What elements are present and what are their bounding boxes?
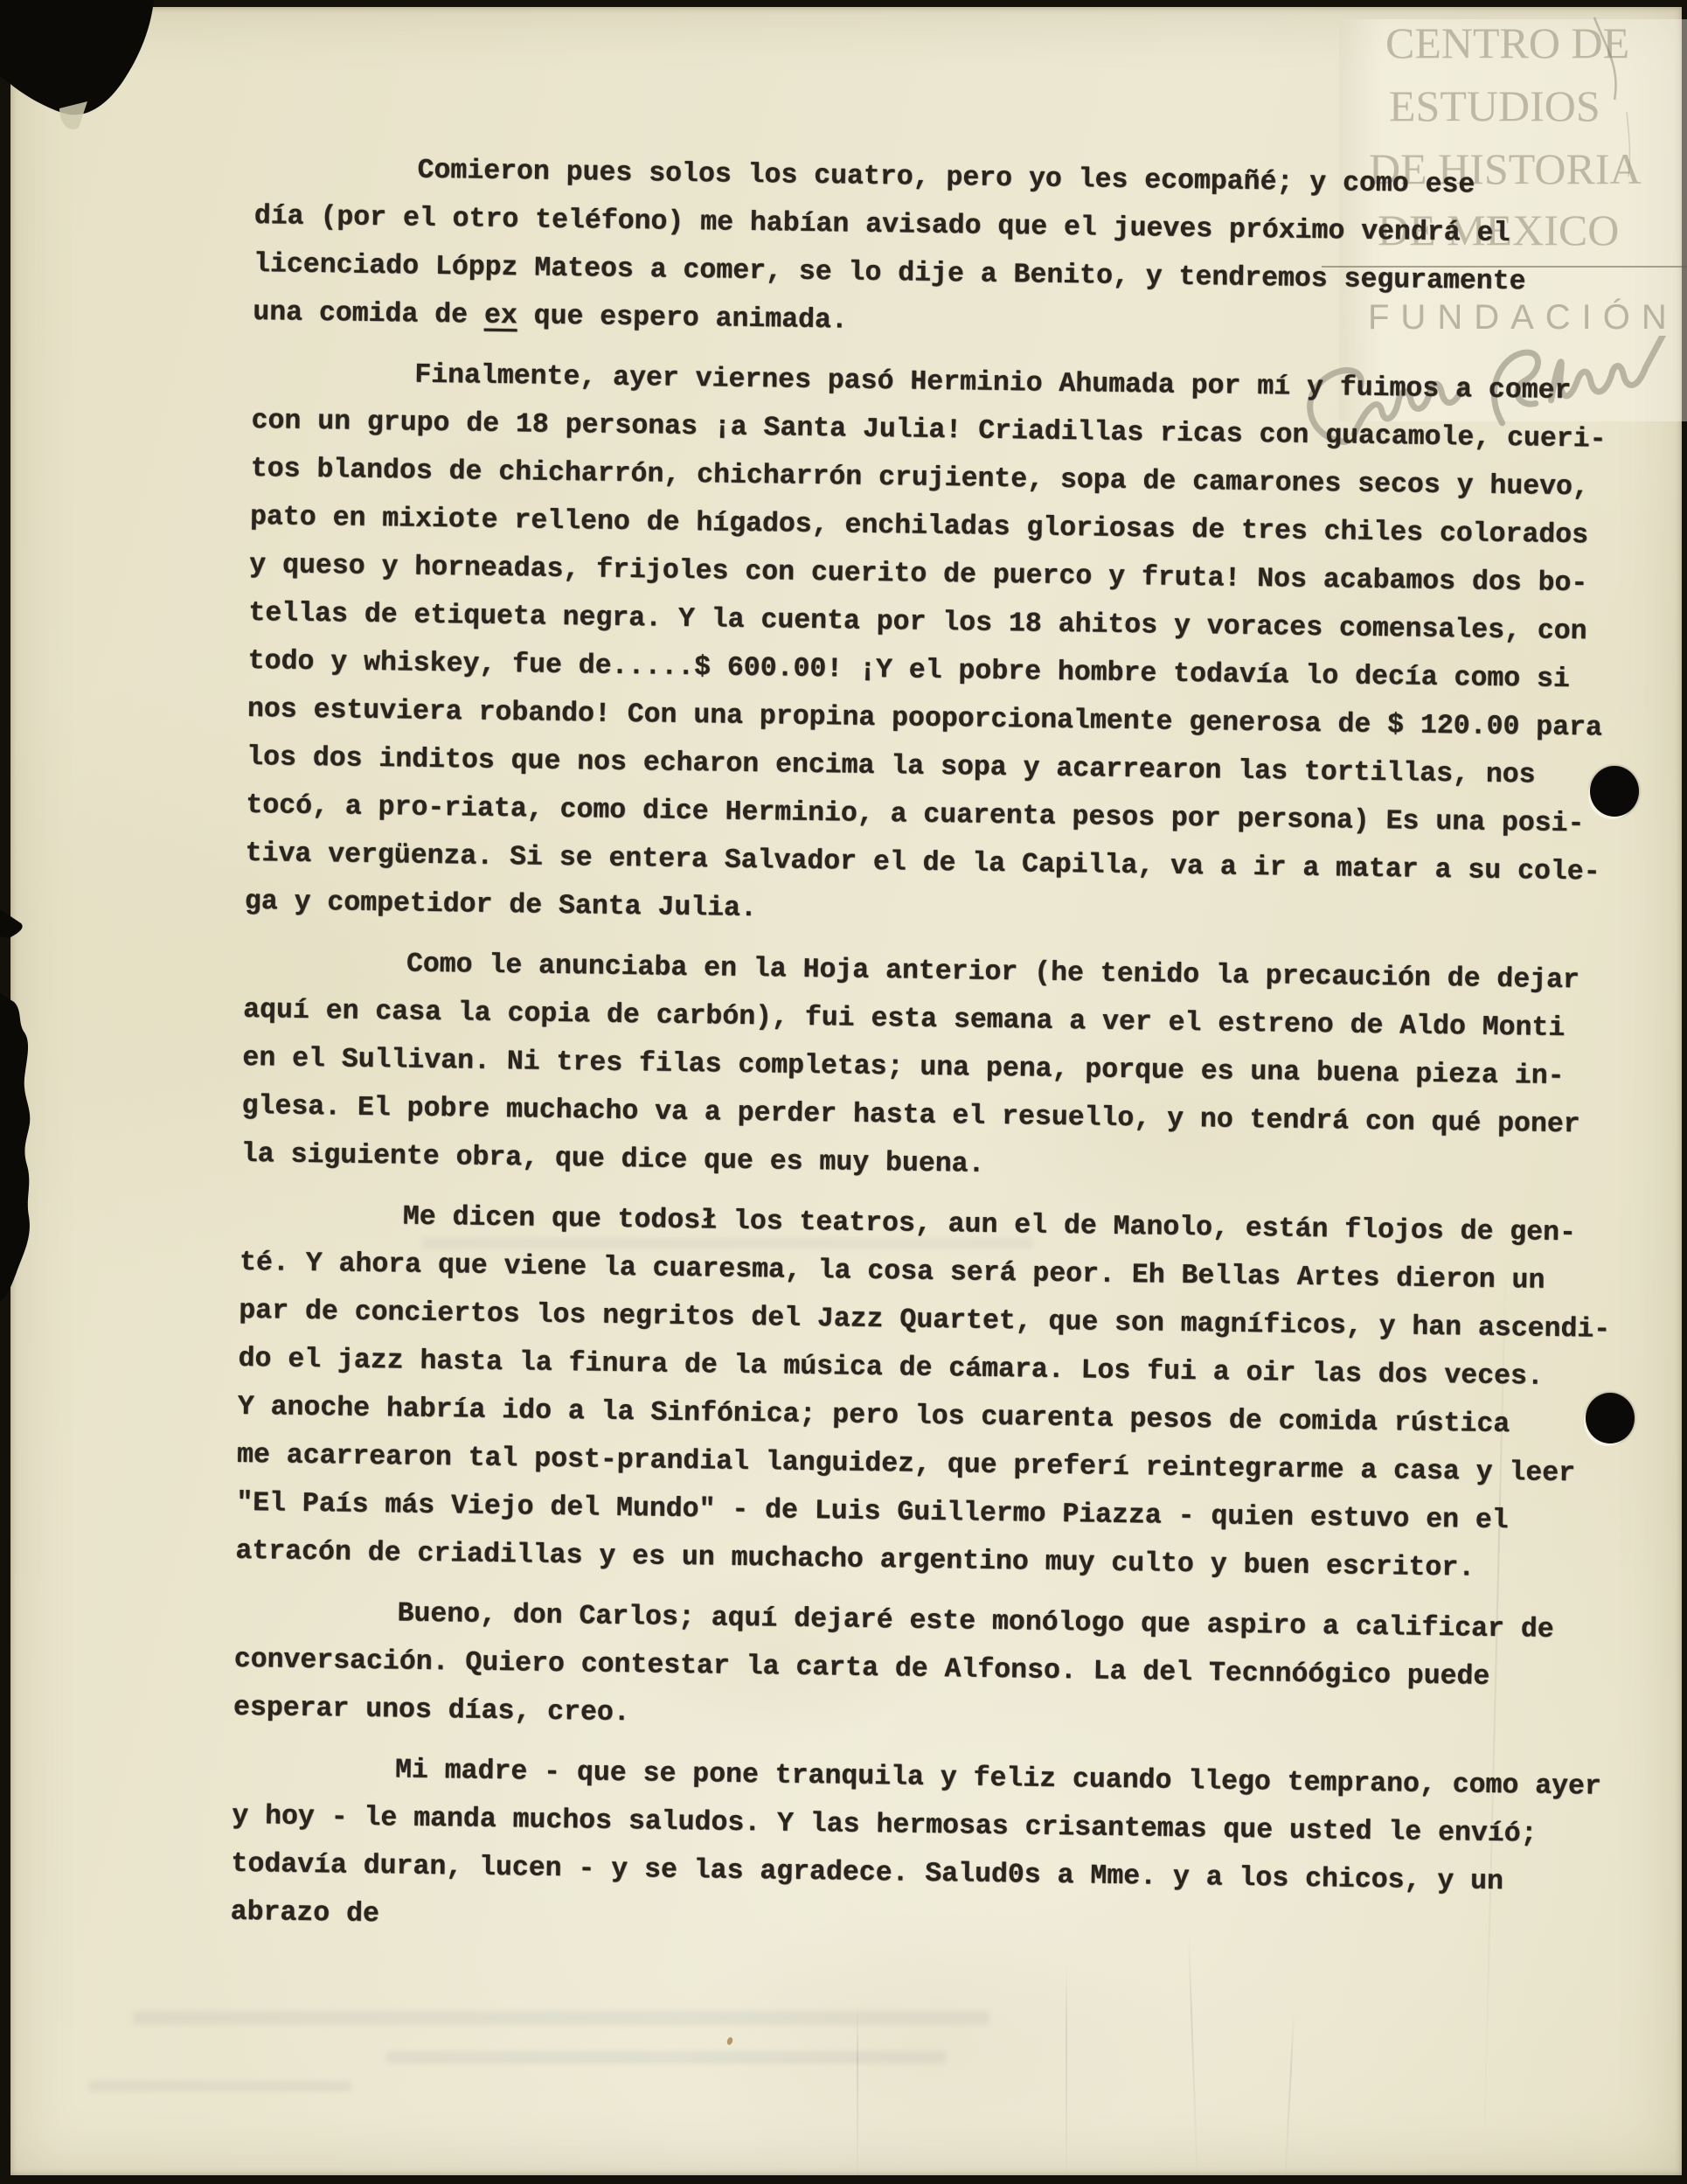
paragraph: Como le anunciaba en la Hoja anterior (h…	[240, 938, 1642, 1198]
line-segment: una comida de	[253, 297, 484, 331]
show-through-smudge	[386, 2051, 946, 2063]
letter-body: Comieron pues solos los cuatro, pero yo …	[230, 144, 1654, 1968]
show-through-smudge	[133, 2011, 989, 2025]
paragraph: Mi madre - que se pone tranquila y feliz…	[230, 1744, 1631, 1956]
watermark-line: ESTUDIOS	[1389, 80, 1600, 131]
paper-crease	[1066, 1965, 1067, 2184]
underlined-word: ex	[484, 301, 517, 332]
punch-hole	[1586, 1393, 1635, 1443]
show-through-smudge	[89, 2081, 351, 2091]
watermark-line: CENTRO DE	[1385, 17, 1629, 68]
line-segment: que espero animada.	[517, 301, 849, 336]
scanned-letter: CENTRO DE ESTUDIOS DE HISTORIA DE MEXICO…	[0, 0, 1687, 2184]
paragraph: Comieron pues solos los cuatro, pero yo …	[253, 144, 1654, 356]
punch-hole	[1590, 766, 1639, 817]
paper-crease	[1284, 2014, 1295, 2184]
paper-crease	[857, 2005, 858, 2184]
paragraph: Me dicen que todosł los teatros, aun el …	[235, 1191, 1639, 1595]
paper-crease	[1188, 1935, 1198, 2184]
paragraph: Finalmente, ayer viernes pasó Herminio A…	[245, 349, 1651, 945]
paragraph: Bueno, don Carlos; aquí dejaré este monó…	[233, 1588, 1634, 1751]
paper-stain	[726, 2036, 734, 2046]
